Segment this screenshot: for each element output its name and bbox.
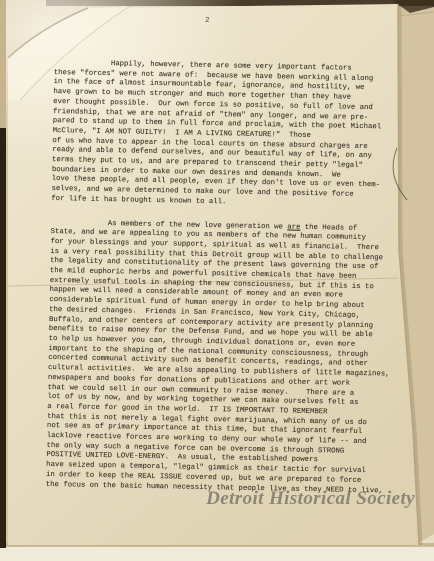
underlined-word: are	[287, 223, 300, 231]
paragraph: As members of the new love generation we…	[46, 219, 401, 497]
document-body: Happily, however, there are some very im…	[46, 59, 404, 497]
paragraph: Happily, however, there are some very im…	[51, 59, 404, 211]
watermark: Detroit Historical Society	[206, 488, 415, 510]
bottom-light-strip	[0, 546, 434, 561]
left-dark-edge	[0, 128, 6, 548]
scanned-document-page: 2 Happily, however, there are some very …	[0, 0, 434, 561]
page-number: 2	[205, 17, 210, 25]
left-upper-edge	[0, 0, 6, 128]
